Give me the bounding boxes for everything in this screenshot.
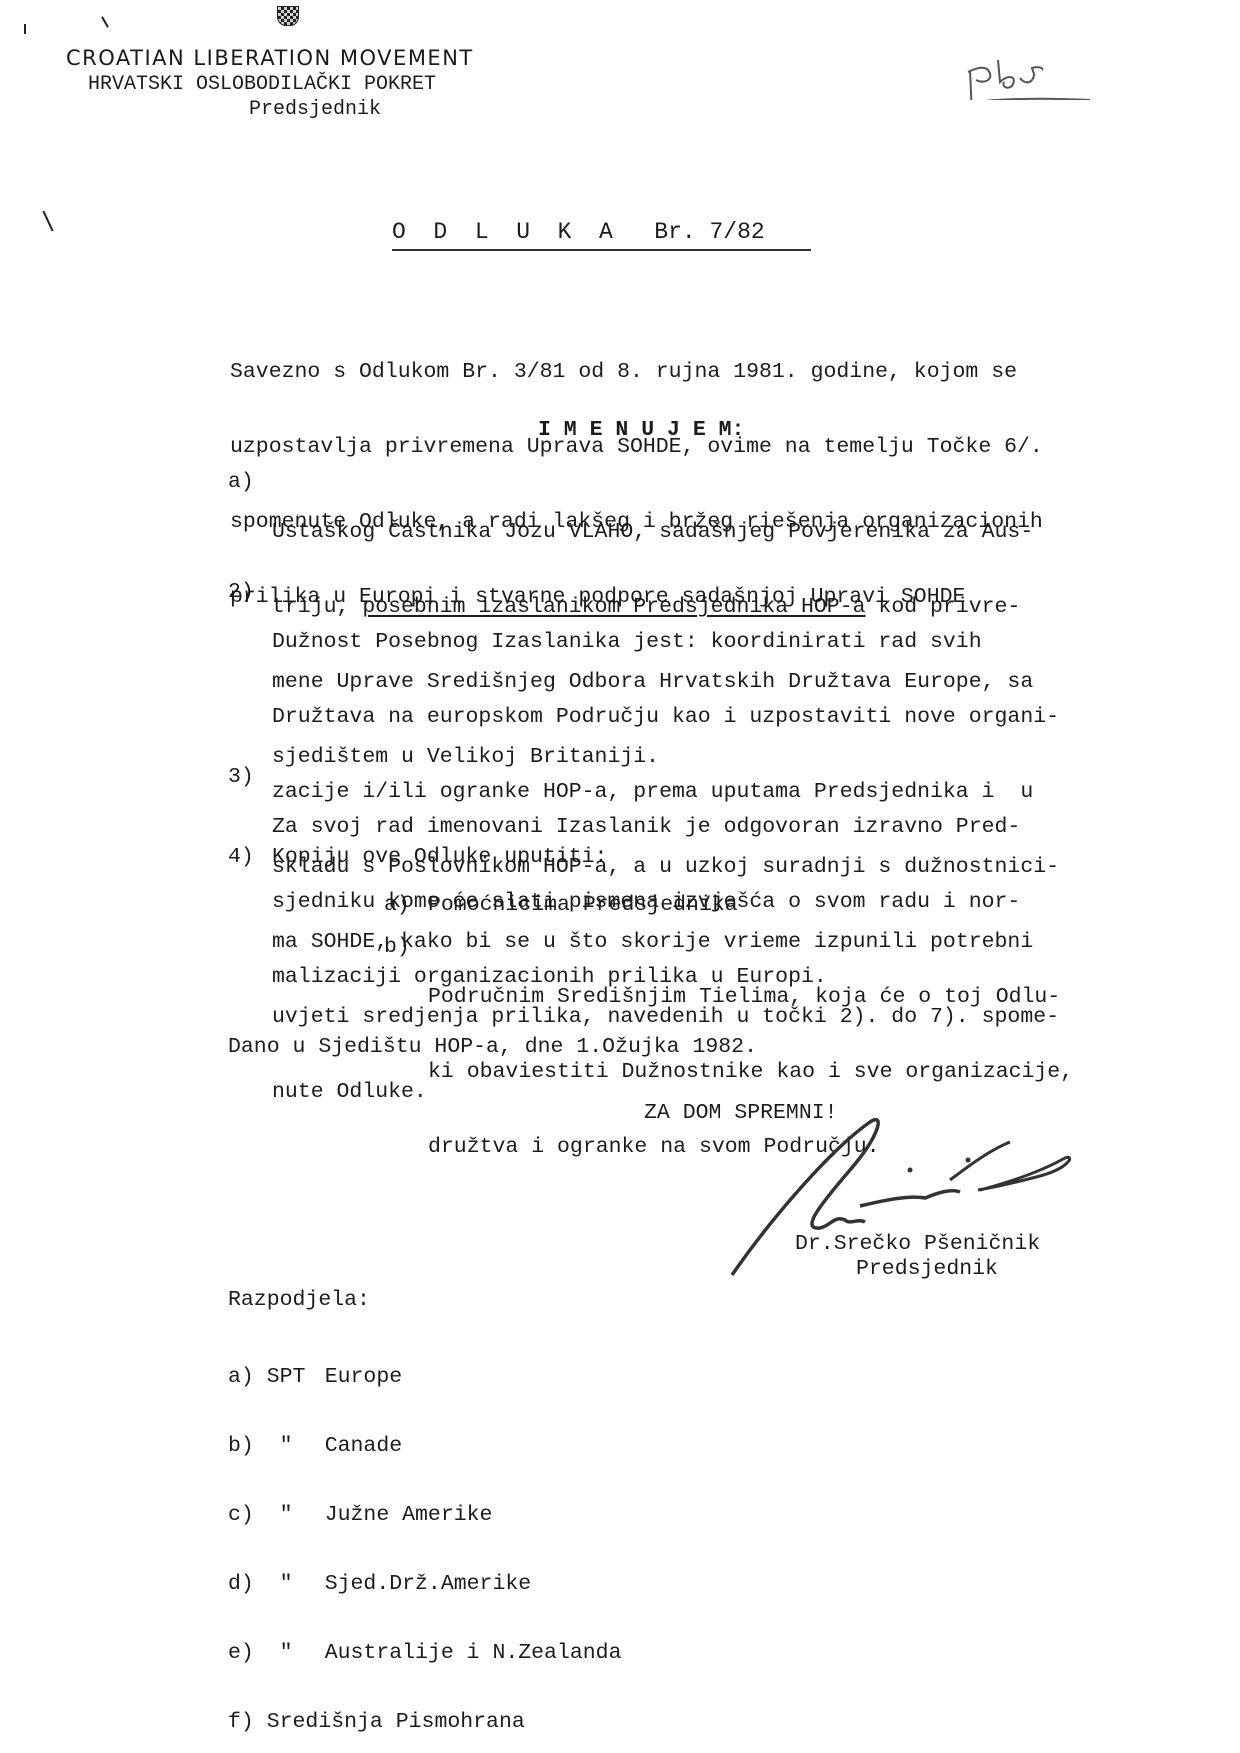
decision-title: O D L U K A Br. 7/82 [392, 220, 765, 245]
item-4-marker: 4) [228, 845, 254, 870]
signatory-name: Dr.Srečko Pšeničnik [795, 1232, 1040, 1257]
coat-of-arms-icon [277, 6, 299, 26]
org-name-hr: HRVATSKI OSLOBODILAČKI POKRET [88, 72, 436, 97]
item-4-text: Kopiju ove Odluke uputiti: [272, 845, 607, 870]
list-item: c) "Južne Amerike [228, 1504, 621, 1527]
margin-mark [42, 211, 53, 232]
preamble-line: Savezno s Odlukom Br. 3/81 od 8. rujna 1… [230, 360, 1043, 385]
org-name-en: CROATIAN LIBERATION MOVEMENT [66, 46, 474, 70]
date-place-line: Dano u Sjedištu HOP-a, dne 1.Ožujka 1982… [228, 1035, 757, 1060]
list-item: f) Središnja Pismohrana [228, 1711, 621, 1734]
list-item: a) SPTEurope [228, 1366, 621, 1389]
margin-mark [101, 16, 109, 27]
item-2-marker: 2) [228, 580, 254, 605]
list-item: b) "Canade [228, 1435, 621, 1458]
office-title: Predsjednik [249, 97, 381, 122]
list-item: d) "Sjed.Drž.Amerike [228, 1573, 621, 1596]
handwritten-initials [960, 30, 1100, 105]
item-3-marker: 3) [228, 765, 254, 790]
margin-mark [24, 24, 26, 34]
distribution-list: a) SPTEurope b) "Canade c) "Južne Amerik… [228, 1320, 621, 1753]
subitem-a-text: Pomoćnicima Predsjednika [428, 893, 738, 918]
distribution-heading: Razpodjela: [228, 1288, 370, 1313]
item-a-marker: a) [228, 470, 254, 495]
title-underline [392, 249, 811, 251]
subitem-b-marker: b) [384, 935, 410, 960]
subitem-a-marker: a) [384, 893, 410, 918]
signatory-title: Predsjednik [856, 1257, 998, 1282]
list-item: e) "Australije i N.Zealanda [228, 1642, 621, 1665]
appointment-heading: I M E N U J E M: [538, 418, 744, 443]
